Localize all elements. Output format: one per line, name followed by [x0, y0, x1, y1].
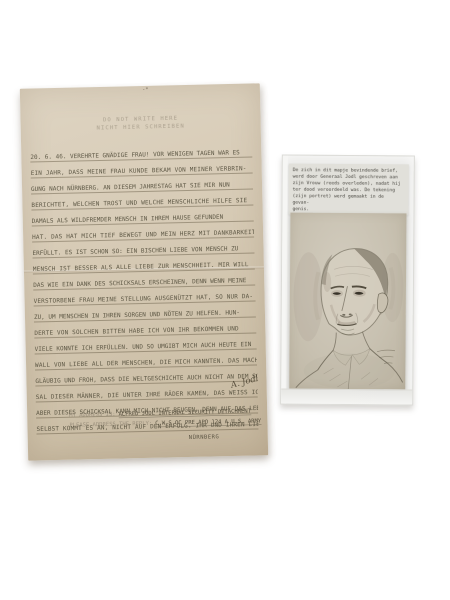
address-line-2: PLEASE ADDRESS THE REPLY:C.W.S.OC PRE AP… [69, 417, 261, 428]
caption-text: De zich in dit mapje bevindende brief, w… [292, 167, 402, 213]
address-main-2: C.W.S.OC PRE APO 124 A U.S. ARMY [155, 417, 261, 427]
caption-card: De zich in dit mapje bevindende brief, w… [288, 164, 408, 216]
address-city: NÜRNBERG [189, 433, 220, 440]
letter-body: 20. 6. 46. VEREHRTE GNÄDIGE FRAU! VOR WE… [30, 142, 258, 435]
photo-of-documents: -* DO NOT WRITE HERE NICHT HIER SCHREIBE… [0, 0, 450, 600]
address-main-1: ALFRED JODL INTERNAL SECURITY DETACHMENT [118, 408, 251, 419]
portrait-drawing [289, 213, 406, 390]
address-prefix-2: PLEASE ADDRESS THE REPLY: [69, 420, 152, 428]
sleeve-bottom-edge [281, 389, 412, 405]
caption-line: (zijn portret) werd gemaakt in de gevan- [293, 193, 403, 207]
paper-top-marks: -* [143, 87, 149, 93]
sleeve-left-edge [281, 156, 288, 404]
portrait-sleeve: De zich in dit mapje bevindende brief, w… [280, 155, 415, 406]
pencil-portrait-sketch [289, 213, 406, 390]
letter-sheet: -* DO NOT WRITE HERE NICHT HIER SCHREIBE… [20, 83, 268, 460]
letter-content: -* DO NOT WRITE HERE NICHT HIER SCHREIBE… [20, 83, 268, 460]
address-prefix-1: MY ADDRESS IS: [69, 411, 115, 419]
censor-stamp: DO NOT WRITE HERE NICHT HIER SCHREIBEN [20, 112, 260, 133]
